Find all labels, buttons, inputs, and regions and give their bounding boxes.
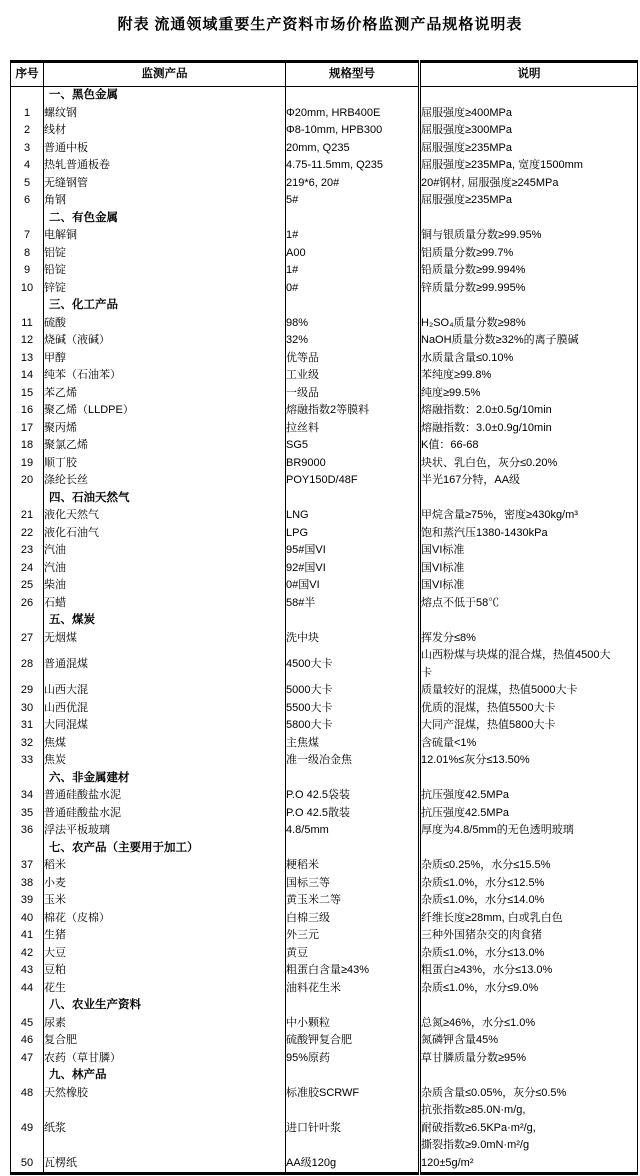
row-number: 28 bbox=[11, 647, 44, 682]
row-number: 37 bbox=[11, 857, 44, 875]
spec-cell: 0#国VI bbox=[286, 577, 420, 595]
desc-line: 熔融指数：3.0±0.9g/10min bbox=[421, 420, 637, 438]
product-name: 汽油 bbox=[44, 542, 286, 560]
product-name: 涤纶长丝 bbox=[44, 472, 286, 490]
desc-line: 水质量含量≤0.10% bbox=[421, 350, 637, 368]
desc-cell bbox=[420, 840, 638, 858]
desc-line: 抗压强度42.5MPa bbox=[421, 805, 637, 823]
product-name: 纯苯（石油苯） bbox=[44, 367, 286, 385]
desc-line: 挥发分≤8% bbox=[421, 630, 637, 648]
section-row: 二、有色金属 bbox=[11, 210, 638, 228]
product-name: 山西优混 bbox=[44, 700, 286, 718]
desc-line: H₂SO₄质量分数≥98% bbox=[421, 315, 637, 333]
product-name: 生猪 bbox=[44, 927, 286, 945]
row-number bbox=[11, 770, 44, 788]
desc-cell bbox=[420, 997, 638, 1015]
row-number: 17 bbox=[11, 420, 44, 438]
desc-line: 大同产混煤，热值5800大卡 bbox=[421, 717, 637, 735]
desc-cell: 甲烷含量≥75%，密度≥430kg/m³ bbox=[420, 507, 638, 525]
desc-cell: K值：66-68 bbox=[420, 437, 638, 455]
spec-cell: 92#国VI bbox=[286, 560, 420, 578]
table-row: 26石蜡58#半熔点不低于58℃ bbox=[11, 595, 638, 613]
desc-cell: 国VI标准 bbox=[420, 577, 638, 595]
product-name: 山西大混 bbox=[44, 682, 286, 700]
row-number: 45 bbox=[11, 1015, 44, 1033]
col-header-product: 监测产品 bbox=[44, 62, 286, 87]
table-row: 29山西大混5000大卡质量较好的混煤，热值5000大卡 bbox=[11, 682, 638, 700]
spec-cell: P.O 42.5袋装 bbox=[286, 787, 420, 805]
table-row: 14纯苯（石油苯）工业级苯纯度≥99.8% bbox=[11, 367, 638, 385]
product-name: 尿素 bbox=[44, 1015, 286, 1033]
table-row: 6角钢5#屈服强度≥235MPa bbox=[11, 192, 638, 210]
row-number bbox=[11, 297, 44, 315]
row-number: 31 bbox=[11, 717, 44, 735]
desc-line: 屈服强度≥400MPa bbox=[421, 105, 637, 123]
table-row: 42大豆黄豆杂质≤1.0%，水分≤13.0% bbox=[11, 945, 638, 963]
spec-cell: 5000大卡 bbox=[286, 682, 420, 700]
product-name: 汽油 bbox=[44, 560, 286, 578]
spec-cell: 32% bbox=[286, 332, 420, 350]
desc-cell: 饱和蒸汽压1380-1430kPa bbox=[420, 525, 638, 543]
spec-cell: 5# bbox=[286, 192, 420, 210]
desc-cell bbox=[420, 490, 638, 508]
desc-cell: 三种外国猪杂交的肉食猪 bbox=[420, 927, 638, 945]
table-row: 46复合肥硫酸钾复合肥氮磷钾含量45% bbox=[11, 1032, 638, 1050]
row-number: 22 bbox=[11, 525, 44, 543]
desc-line: 杂质含量≤0.05%，灰分≤0.5% bbox=[421, 1085, 637, 1103]
desc-cell: 杂质≤0.25%，水分≤15.5% bbox=[420, 857, 638, 875]
table-row: 24汽油92#国VI国VI标准 bbox=[11, 560, 638, 578]
product-name: 棉花（皮棉） bbox=[44, 910, 286, 928]
spec-cell: 中小颗粒 bbox=[286, 1015, 420, 1033]
desc-cell: 抗压强度42.5MPa bbox=[420, 787, 638, 805]
product-name: 铝锭 bbox=[44, 245, 286, 263]
product-name: 顺丁胶 bbox=[44, 455, 286, 473]
row-number: 27 bbox=[11, 630, 44, 648]
section-row: 九、林产品 bbox=[11, 1067, 638, 1085]
desc-cell: 国VI标准 bbox=[420, 560, 638, 578]
table-row: 23汽油95#国VI国VI标准 bbox=[11, 542, 638, 560]
spec-cell: 一级品 bbox=[286, 385, 420, 403]
desc-line: 卡 bbox=[421, 665, 637, 683]
product-name: 柴油 bbox=[44, 577, 286, 595]
desc-cell: 铝质量分数≥99.7% bbox=[420, 245, 638, 263]
product-name: 无烟煤 bbox=[44, 630, 286, 648]
table-row: 19顺丁胶BR9000块状、乳白色，灰分≤0.20% bbox=[11, 455, 638, 473]
spec-cell: 219*6, 20# bbox=[286, 175, 420, 193]
desc-cell: 12.01%≤灰分≤13.50% bbox=[420, 752, 638, 770]
section-row: 一、黑色金属 bbox=[11, 87, 638, 105]
table-row: 35普通硅酸盐水泥P.O 42.5散装抗压强度42.5MPa bbox=[11, 805, 638, 823]
product-name: 聚乙烯（LLDPE） bbox=[44, 402, 286, 420]
row-number: 30 bbox=[11, 700, 44, 718]
desc-cell: 草甘膦质量分数≥95% bbox=[420, 1050, 638, 1068]
spec-cell bbox=[286, 840, 420, 858]
row-number: 38 bbox=[11, 875, 44, 893]
desc-line: 熔点不低于58℃ bbox=[421, 595, 637, 613]
desc-line: 国VI标准 bbox=[421, 560, 637, 578]
product-name: 焦炭 bbox=[44, 752, 286, 770]
desc-cell: 大同产混煤，热值5800大卡 bbox=[420, 717, 638, 735]
row-number: 49 bbox=[11, 1102, 44, 1155]
desc-cell: 质量较好的混煤，热值5000大卡 bbox=[420, 682, 638, 700]
desc-cell: 粗蛋白≥43%，水分≤13.0% bbox=[420, 962, 638, 980]
row-number: 46 bbox=[11, 1032, 44, 1050]
spec-cell: BR9000 bbox=[286, 455, 420, 473]
section-label: 三、化工产品 bbox=[44, 297, 286, 315]
spec-cell: 4.8/5mm bbox=[286, 822, 420, 840]
desc-cell: 杂质含量≤0.05%，灰分≤0.5% bbox=[420, 1085, 638, 1103]
desc-line: NaOH质量分数≥32%的离子膜碱 bbox=[421, 332, 637, 350]
row-number: 42 bbox=[11, 945, 44, 963]
desc-line: 20#钢材, 屈服强度≥245MPa bbox=[421, 175, 637, 193]
desc-cell: 抗压强度42.5MPa bbox=[420, 805, 638, 823]
page-title: 附表 流通领域重要生产资料市场价格监测产品规格说明表 bbox=[0, 0, 640, 34]
desc-cell: 熔融指数：2.0±0.5g/10min bbox=[420, 402, 638, 420]
section-row: 七、农产品（主要用于加工） bbox=[11, 840, 638, 858]
desc-cell: 总氮≥46%，水分≤1.0% bbox=[420, 1015, 638, 1033]
table-row: 22液化石油气LPG饱和蒸汽压1380-1430kPa bbox=[11, 525, 638, 543]
row-number: 35 bbox=[11, 805, 44, 823]
row-number: 33 bbox=[11, 752, 44, 770]
spec-cell: LPG bbox=[286, 525, 420, 543]
desc-line: 铅质量分数≥99.994% bbox=[421, 262, 637, 280]
spec-cell: SG5 bbox=[286, 437, 420, 455]
desc-line: 屈服强度≥235MPa bbox=[421, 140, 637, 158]
table-row: 17聚丙烯拉丝料熔融指数：3.0±0.9g/10min bbox=[11, 420, 638, 438]
desc-line: 国VI标准 bbox=[421, 542, 637, 560]
desc-line: 铝质量分数≥99.7% bbox=[421, 245, 637, 263]
section-label: 四、石油天然气 bbox=[44, 490, 286, 508]
desc-line: 甲烷含量≥75%，密度≥430kg/m³ bbox=[421, 507, 637, 525]
table-row: 10锌锭0#锌质量分数≥99.995% bbox=[11, 280, 638, 298]
table-row: 41生猪外三元三种外国猪杂交的肉食猪 bbox=[11, 927, 638, 945]
row-number: 5 bbox=[11, 175, 44, 193]
table-row: 30山西优混5500大卡优质的混煤，热值5500大卡 bbox=[11, 700, 638, 718]
table-header: 序号 监测产品 规格型号 说明 bbox=[11, 62, 638, 87]
table-row: 43豆粕粗蛋白含量≥43%粗蛋白≥43%，水分≤13.0% bbox=[11, 962, 638, 980]
table-row: 33焦炭准一级冶金焦12.01%≤灰分≤13.50% bbox=[11, 752, 638, 770]
spec-cell bbox=[286, 210, 420, 228]
table-row: 3普通中板20mm, Q235屈服强度≥235MPa bbox=[11, 140, 638, 158]
row-number: 14 bbox=[11, 367, 44, 385]
section-label: 二、有色金属 bbox=[44, 210, 286, 228]
desc-line: 饱和蒸汽压1380-1430kPa bbox=[421, 525, 637, 543]
row-number bbox=[11, 840, 44, 858]
table-row: 4热轧普通板卷4.75-11.5mm, Q235屈服强度≥235MPa, 宽度1… bbox=[11, 157, 638, 175]
spec-cell: 20mm, Q235 bbox=[286, 140, 420, 158]
table-row: 1螺纹钢Φ20mm, HRB400E屈服强度≥400MPa bbox=[11, 105, 638, 123]
desc-cell: 杂质≤1.0%，水分≤9.0% bbox=[420, 980, 638, 998]
desc-cell: 20#钢材, 屈服强度≥245MPa bbox=[420, 175, 638, 193]
row-number: 2 bbox=[11, 122, 44, 140]
table-row: 9铅锭1#铅质量分数≥99.994% bbox=[11, 262, 638, 280]
desc-line: 草甘膦质量分数≥95% bbox=[421, 1050, 637, 1068]
spec-cell: 粳稻米 bbox=[286, 857, 420, 875]
product-name: 小麦 bbox=[44, 875, 286, 893]
section-row: 五、煤炭 bbox=[11, 612, 638, 630]
section-label: 八、农业生产资料 bbox=[44, 997, 286, 1015]
desc-cell: 屈服强度≥235MPa, 宽度1500mm bbox=[420, 157, 638, 175]
spec-cell: 4.75-11.5mm, Q235 bbox=[286, 157, 420, 175]
desc-line: 纯度≥99.5% bbox=[421, 385, 637, 403]
table-row: 38小麦国标三等杂质≤1.0%，水分≤12.5% bbox=[11, 875, 638, 893]
table-row: 5无缝钢管219*6, 20#20#钢材, 屈服强度≥245MPa bbox=[11, 175, 638, 193]
spec-cell: 0# bbox=[286, 280, 420, 298]
row-number: 10 bbox=[11, 280, 44, 298]
desc-line: 山西粉煤与块煤的混合煤，热值4500大 bbox=[421, 647, 637, 665]
row-number bbox=[11, 210, 44, 228]
spec-cell: POY150D/48F bbox=[286, 472, 420, 490]
product-name: 无缝钢管 bbox=[44, 175, 286, 193]
row-number: 9 bbox=[11, 262, 44, 280]
desc-cell: 挥发分≤8% bbox=[420, 630, 638, 648]
row-number: 32 bbox=[11, 735, 44, 753]
desc-line: 杂质≤1.0%，水分≤9.0% bbox=[421, 980, 637, 998]
table-row: 39玉米黄玉米二等杂质≤1.0%，水分≤14.0% bbox=[11, 892, 638, 910]
product-name: 铅锭 bbox=[44, 262, 286, 280]
desc-cell: 纯度≥99.5% bbox=[420, 385, 638, 403]
spec-cell: 熔融指数2等膜料 bbox=[286, 402, 420, 420]
spec-cell: 主焦煤 bbox=[286, 735, 420, 753]
table-row: 20涤纶长丝POY150D/48F半光167分特，AA级 bbox=[11, 472, 638, 490]
row-number: 4 bbox=[11, 157, 44, 175]
row-number: 43 bbox=[11, 962, 44, 980]
desc-line: 氮磷钾含量45% bbox=[421, 1032, 637, 1050]
spec-cell: 拉丝料 bbox=[286, 420, 420, 438]
product-name: 瓦楞纸 bbox=[44, 1155, 286, 1174]
spec-cell: 1# bbox=[286, 262, 420, 280]
table-row: 31大同混煤5800大卡大同产混煤，热值5800大卡 bbox=[11, 717, 638, 735]
row-number: 26 bbox=[11, 595, 44, 613]
table-row: 40棉花（皮棉）白棉三级纤维长度≥28mm, 白或乳白色 bbox=[11, 910, 638, 928]
spec-cell bbox=[286, 490, 420, 508]
product-name: 苯乙烯 bbox=[44, 385, 286, 403]
desc-line: 含硫量<1% bbox=[421, 735, 637, 753]
desc-cell: 杂质≤1.0%，水分≤12.5% bbox=[420, 875, 638, 893]
product-name: 电解铜 bbox=[44, 227, 286, 245]
desc-cell: 国VI标准 bbox=[420, 542, 638, 560]
row-number: 47 bbox=[11, 1050, 44, 1068]
spec-cell bbox=[286, 297, 420, 315]
spec-cell: 白棉三级 bbox=[286, 910, 420, 928]
header-row: 序号 监测产品 规格型号 说明 bbox=[11, 62, 638, 87]
row-number bbox=[11, 612, 44, 630]
product-name: 线材 bbox=[44, 122, 286, 140]
desc-line: 屈服强度≥235MPa, 宽度1500mm bbox=[421, 157, 637, 175]
desc-line: 屈服强度≥235MPa bbox=[421, 192, 637, 210]
desc-line: 块状、乳白色，灰分≤0.20% bbox=[421, 455, 637, 473]
desc-cell: 氮磷钾含量45% bbox=[420, 1032, 638, 1050]
row-number: 41 bbox=[11, 927, 44, 945]
desc-cell: 铅质量分数≥99.994% bbox=[420, 262, 638, 280]
desc-cell: 屈服强度≥300MPa bbox=[420, 122, 638, 140]
desc-cell: 厚度为4.8/5mm的无色透明玻璃 bbox=[420, 822, 638, 840]
spec-cell: P.O 42.5散装 bbox=[286, 805, 420, 823]
desc-cell: 纤维长度≥28mm, 白或乳白色 bbox=[420, 910, 638, 928]
desc-line: 厚度为4.8/5mm的无色透明玻璃 bbox=[421, 822, 637, 840]
desc-line: 杂质≤1.0%，水分≤14.0% bbox=[421, 892, 637, 910]
table-row: 11硫酸98%H₂SO₄质量分数≥98% bbox=[11, 315, 638, 333]
spec-cell: 油料花生米 bbox=[286, 980, 420, 998]
product-name: 豆粕 bbox=[44, 962, 286, 980]
spec-cell bbox=[286, 612, 420, 630]
table-row: 25柴油0#国VI国VI标准 bbox=[11, 577, 638, 595]
table-body: 一、黑色金属1螺纹钢Φ20mm, HRB400E屈服强度≥400MPa2线材Φ8… bbox=[11, 87, 638, 1174]
section-label: 七、农产品（主要用于加工） bbox=[44, 840, 286, 858]
desc-line: 铜与银质量分数≥99.95% bbox=[421, 227, 637, 245]
desc-cell: 苯纯度≥99.8% bbox=[420, 367, 638, 385]
section-row: 三、化工产品 bbox=[11, 297, 638, 315]
spec-cell: 工业级 bbox=[286, 367, 420, 385]
spec-cell bbox=[286, 87, 420, 105]
spec-cell: 1# bbox=[286, 227, 420, 245]
table-row: 49纸浆进口针叶浆抗张指数≥85.0N·m/g,耐破指数≥6.5KPa·m²/g… bbox=[11, 1102, 638, 1155]
document-page: 附表 流通领域重要生产资料市场价格监测产品规格说明表 序号 监测产品 规格型号 … bbox=[0, 0, 640, 1176]
desc-cell: 优质的混煤，热值5500大卡 bbox=[420, 700, 638, 718]
desc-cell: 熔点不低于58℃ bbox=[420, 595, 638, 613]
desc-line: 半光167分特，AA级 bbox=[421, 472, 637, 490]
desc-line: 熔融指数：2.0±0.5g/10min bbox=[421, 402, 637, 420]
desc-cell: 杂质≤1.0%，水分≤14.0% bbox=[420, 892, 638, 910]
table-row: 34普通硅酸盐水泥P.O 42.5袋装抗压强度42.5MPa bbox=[11, 787, 638, 805]
desc-line: 120±5g/m² bbox=[421, 1155, 637, 1173]
spec-cell: 准一级冶金焦 bbox=[286, 752, 420, 770]
desc-cell bbox=[420, 87, 638, 105]
desc-cell: 屈服强度≥400MPa bbox=[420, 105, 638, 123]
row-number bbox=[11, 87, 44, 105]
table-row: 27无烟煤洗中块挥发分≤8% bbox=[11, 630, 638, 648]
section-row: 四、石油天然气 bbox=[11, 490, 638, 508]
desc-line: 苯纯度≥99.8% bbox=[421, 367, 637, 385]
row-number: 24 bbox=[11, 560, 44, 578]
table-row: 37稻米粳稻米杂质≤0.25%，水分≤15.5% bbox=[11, 857, 638, 875]
section-label: 九、林产品 bbox=[44, 1067, 286, 1085]
row-number: 44 bbox=[11, 980, 44, 998]
col-header-spec: 规格型号 bbox=[286, 62, 420, 87]
col-header-no: 序号 bbox=[11, 62, 44, 87]
desc-line: 屈服强度≥300MPa bbox=[421, 122, 637, 140]
row-number: 11 bbox=[11, 315, 44, 333]
desc-line: 纤维长度≥28mm, 白或乳白色 bbox=[421, 910, 637, 928]
row-number: 40 bbox=[11, 910, 44, 928]
product-name: 热轧普通板卷 bbox=[44, 157, 286, 175]
spec-cell: 黄玉米二等 bbox=[286, 892, 420, 910]
desc-cell: 半光167分特，AA级 bbox=[420, 472, 638, 490]
row-number: 8 bbox=[11, 245, 44, 263]
desc-line: 质量较好的混煤，热值5000大卡 bbox=[421, 682, 637, 700]
desc-cell: 水质量含量≤0.10% bbox=[420, 350, 638, 368]
section-label: 五、煤炭 bbox=[44, 612, 286, 630]
product-name: 聚氯乙烯 bbox=[44, 437, 286, 455]
desc-cell: 山西粉煤与块煤的混合煤，热值4500大卡 bbox=[420, 647, 638, 682]
product-name: 液化天然气 bbox=[44, 507, 286, 525]
desc-cell: 120±5g/m² bbox=[420, 1155, 638, 1174]
desc-line: 杂质≤1.0%，水分≤12.5% bbox=[421, 875, 637, 893]
desc-line: 优质的混煤，热值5500大卡 bbox=[421, 700, 637, 718]
product-name: 花生 bbox=[44, 980, 286, 998]
table-row: 36浮法平板玻璃4.8/5mm厚度为4.8/5mm的无色透明玻璃 bbox=[11, 822, 638, 840]
section-row: 六、非金属建材 bbox=[11, 770, 638, 788]
row-number: 50 bbox=[11, 1155, 44, 1174]
product-name: 纸浆 bbox=[44, 1102, 286, 1155]
spec-cell: 5500大卡 bbox=[286, 700, 420, 718]
row-number: 16 bbox=[11, 402, 44, 420]
spec-cell: 98% bbox=[286, 315, 420, 333]
desc-cell: 铜与银质量分数≥99.95% bbox=[420, 227, 638, 245]
row-number: 18 bbox=[11, 437, 44, 455]
spec-cell: LNG bbox=[286, 507, 420, 525]
product-name: 普通中板 bbox=[44, 140, 286, 158]
desc-line: 抗压强度42.5MPa bbox=[421, 787, 637, 805]
product-name: 稻米 bbox=[44, 857, 286, 875]
spec-cell: 硫酸钾复合肥 bbox=[286, 1032, 420, 1050]
product-name: 甲醇 bbox=[44, 350, 286, 368]
product-name: 锌锭 bbox=[44, 280, 286, 298]
spec-cell: AA级120g bbox=[286, 1155, 420, 1174]
row-number: 21 bbox=[11, 507, 44, 525]
product-name: 液化石油气 bbox=[44, 525, 286, 543]
spec-cell bbox=[286, 770, 420, 788]
spec-cell: 进口针叶浆 bbox=[286, 1102, 420, 1155]
table-row: 16聚乙烯（LLDPE）熔融指数2等膜料熔融指数：2.0±0.5g/10min bbox=[11, 402, 638, 420]
desc-cell: 含硫量<1% bbox=[420, 735, 638, 753]
desc-line: 总氮≥46%，水分≤1.0% bbox=[421, 1015, 637, 1033]
spec-cell: 黄豆 bbox=[286, 945, 420, 963]
row-number: 12 bbox=[11, 332, 44, 350]
product-name: 浮法平板玻璃 bbox=[44, 822, 286, 840]
product-name: 烧碱（液碱） bbox=[44, 332, 286, 350]
desc-line: K值：66-68 bbox=[421, 437, 637, 455]
row-number: 34 bbox=[11, 787, 44, 805]
row-number: 36 bbox=[11, 822, 44, 840]
spec-cell: 粗蛋白含量≥43% bbox=[286, 962, 420, 980]
product-name: 普通混煤 bbox=[44, 647, 286, 682]
desc-line: 粗蛋白≥43%，水分≤13.0% bbox=[421, 962, 637, 980]
row-number bbox=[11, 490, 44, 508]
table-row: 32焦煤主焦煤含硫量<1% bbox=[11, 735, 638, 753]
desc-cell: 屈服强度≥235MPa bbox=[420, 140, 638, 158]
spec-cell: 优等品 bbox=[286, 350, 420, 368]
row-number: 1 bbox=[11, 105, 44, 123]
spec-cell: 外三元 bbox=[286, 927, 420, 945]
spec-cell: A00 bbox=[286, 245, 420, 263]
desc-cell: H₂SO₄质量分数≥98% bbox=[420, 315, 638, 333]
row-number: 29 bbox=[11, 682, 44, 700]
desc-line: 三种外国猪杂交的肉食猪 bbox=[421, 927, 637, 945]
product-name: 角钢 bbox=[44, 192, 286, 210]
desc-cell bbox=[420, 210, 638, 228]
table-row: 7电解铜1#铜与银质量分数≥99.95% bbox=[11, 227, 638, 245]
table-row: 2线材Φ8-10mm, HPB300屈服强度≥300MPa bbox=[11, 122, 638, 140]
table-row: 18聚氯乙烯SG5K值：66-68 bbox=[11, 437, 638, 455]
table-row: 48天然橡胶标准胶SCRWF杂质含量≤0.05%，灰分≤0.5% bbox=[11, 1085, 638, 1103]
row-number: 19 bbox=[11, 455, 44, 473]
row-number: 25 bbox=[11, 577, 44, 595]
desc-cell: 锌质量分数≥99.995% bbox=[420, 280, 638, 298]
desc-line: 锌质量分数≥99.995% bbox=[421, 280, 637, 298]
row-number: 48 bbox=[11, 1085, 44, 1103]
table-row: 28普通混煤4500大卡山西粉煤与块煤的混合煤，热值4500大卡 bbox=[11, 647, 638, 682]
product-name: 大豆 bbox=[44, 945, 286, 963]
spec-cell: 5800大卡 bbox=[286, 717, 420, 735]
section-label: 一、黑色金属 bbox=[44, 87, 286, 105]
table-row: 13甲醇优等品水质量含量≤0.10% bbox=[11, 350, 638, 368]
product-name: 普通硅酸盐水泥 bbox=[44, 787, 286, 805]
desc-line: 撕裂指数≥9.0mN·m²/g bbox=[421, 1137, 637, 1155]
table-row: 12烧碱（液碱）32%NaOH质量分数≥32%的离子膜碱 bbox=[11, 332, 638, 350]
product-name: 聚丙烯 bbox=[44, 420, 286, 438]
